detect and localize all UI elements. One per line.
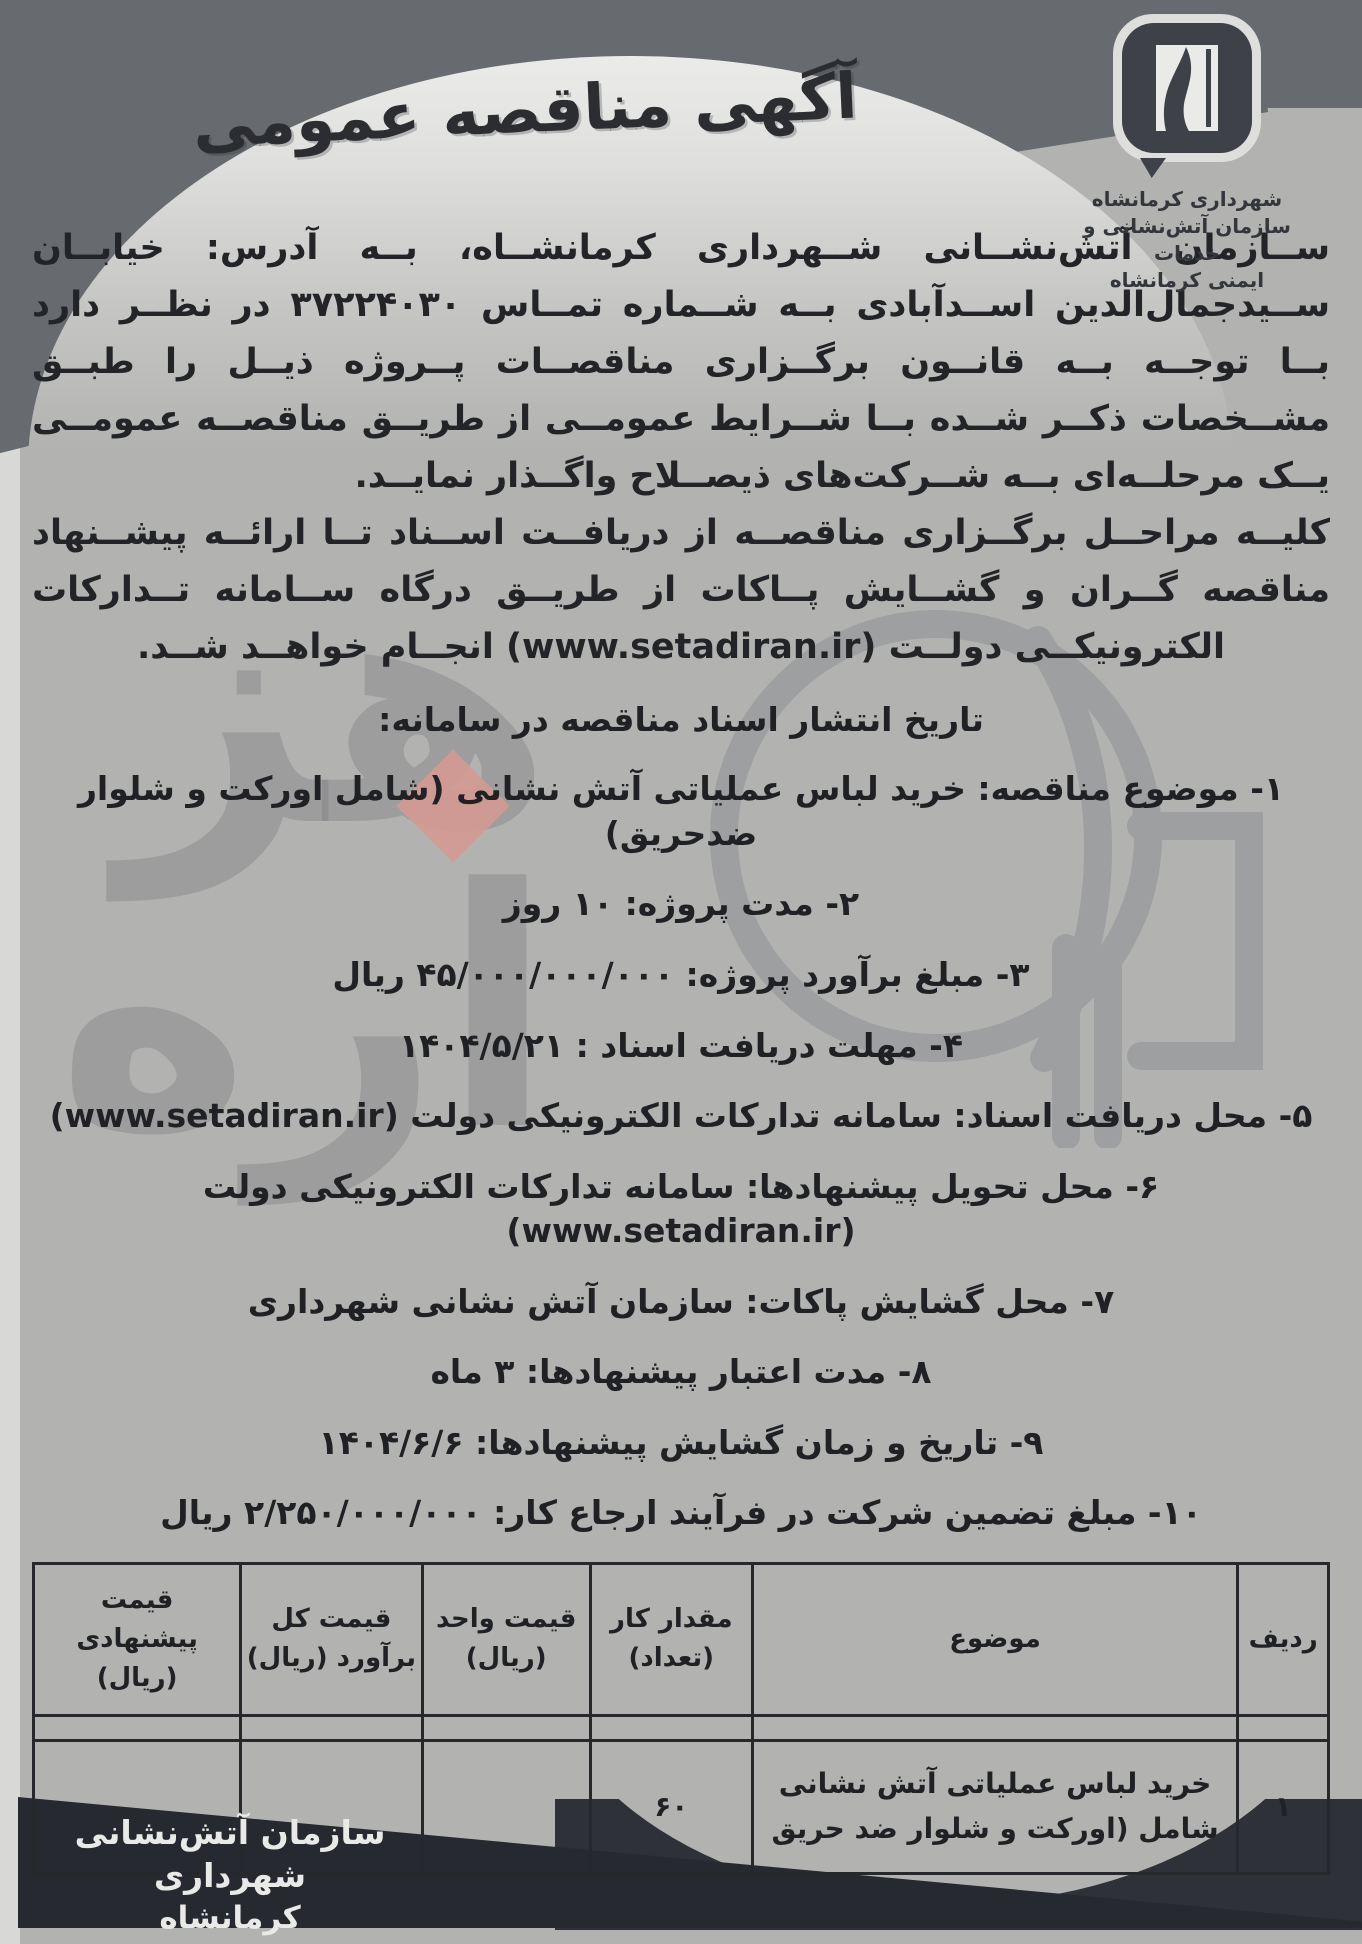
list-item-estimate: ۳- مبلغ برآورد پروژه: ۴۵/۰۰۰/۰۰۰/۰۰۰ ریا… (32, 953, 1330, 998)
cell-work-quantity: ۶۰ (590, 1740, 752, 1873)
organization-logo-block: شهرداری کرمانشاه سازمان آتش‌نشانی و خدما… (1052, 14, 1322, 294)
cell-subject: خرید لباس عملیاتی آتش نشانی شامل (اورکت … (752, 1740, 1238, 1873)
list-item-opening-place: ۷- محل گشایش پاکات: سازمان آتش نشانی شهر… (32, 1280, 1330, 1325)
logo-badge (1113, 14, 1261, 162)
cell-row-number: ۱ (1238, 1740, 1329, 1873)
list-item-subject: ۱- موضوع مناقصه: خرید لباس عملیاتی آتش ن… (32, 767, 1330, 856)
logo-speech-tail (1140, 158, 1166, 178)
list-item-guarantee: ۱۰- مبلغ تضمین شرکت در فرآیند ارجاع کار:… (32, 1491, 1330, 1536)
footer-line-2: کرمانشاه (30, 1898, 430, 1938)
header-total-estimate: قیمت کل برآورد (ریال) (241, 1563, 422, 1715)
list-item-validity: ۸- مدت اعتبار پیشنهادها: ۳ ماه (32, 1350, 1330, 1395)
list-heading: تاریخ انتشار اسناد مناقصه در سامانه: (32, 700, 1330, 739)
logo-badge-inner (1122, 23, 1252, 153)
org-line-3: ایمنی کرمانشاه (1052, 267, 1322, 294)
table-spacer-row (34, 1715, 1329, 1740)
main-content: ســازمان آتش‌نشــانی شــهرداری کرمانشــا… (32, 220, 1330, 1875)
tender-details-list: تاریخ انتشار اسناد مناقصه در سامانه: ۱- … (32, 700, 1330, 1536)
footer-organization-name: سازمان آتش‌نشانی شهرداری کرمانشاه (30, 1812, 430, 1938)
cell-unit-price (422, 1740, 590, 1873)
flame-icon (1156, 45, 1218, 131)
list-item-opening-date: ۹- تاریخ و زمان گشایش پیشنهادها: ۱۴۰۴/۶/… (32, 1421, 1330, 1466)
header-unit-price: قیمت واحد (ریال) (422, 1563, 590, 1715)
header-work-quantity: مقدار کار (تعداد) (590, 1563, 752, 1715)
org-line-2: سازمان آتش‌نشانی و خدمات (1052, 213, 1322, 267)
header-row-number: ردیف (1238, 1563, 1329, 1715)
header-proposed-price: قیمت پیشنهادی (ریال) (34, 1563, 241, 1715)
table-header-row: ردیف موضوع مقدار کار (تعداد) قیمت واحد (… (34, 1563, 1329, 1715)
setad-paragraph: کلیــه مراحــل برگــزاری مناقصــه از دری… (32, 505, 1330, 676)
header-subject: موضوع (752, 1563, 1238, 1715)
tender-ad-page: هزاره آگهی مناقصه عمومی شهر (0, 0, 1362, 1944)
organization-name: شهرداری کرمانشاه سازمان آتش‌نشانی و خدما… (1052, 186, 1322, 294)
org-line-1: شهرداری کرمانشاه (1052, 186, 1322, 213)
list-item-doc-location: ۵- محل دریافت اسناد: سامانه تدارکات الکت… (32, 1094, 1330, 1139)
list-item-submit-location: ۶- محل تحویل پیشنهادها: سامانه تدارکات ا… (32, 1165, 1330, 1254)
list-item-duration: ۲- مدت پروژه: ۱۰ روز (32, 882, 1330, 927)
footer-line-1: سازمان آتش‌نشانی شهرداری (30, 1812, 430, 1898)
list-item-doc-deadline: ۴- مهلت دریافت اسناد : ۱۴۰۴/۵/۲۱ (32, 1024, 1330, 1069)
